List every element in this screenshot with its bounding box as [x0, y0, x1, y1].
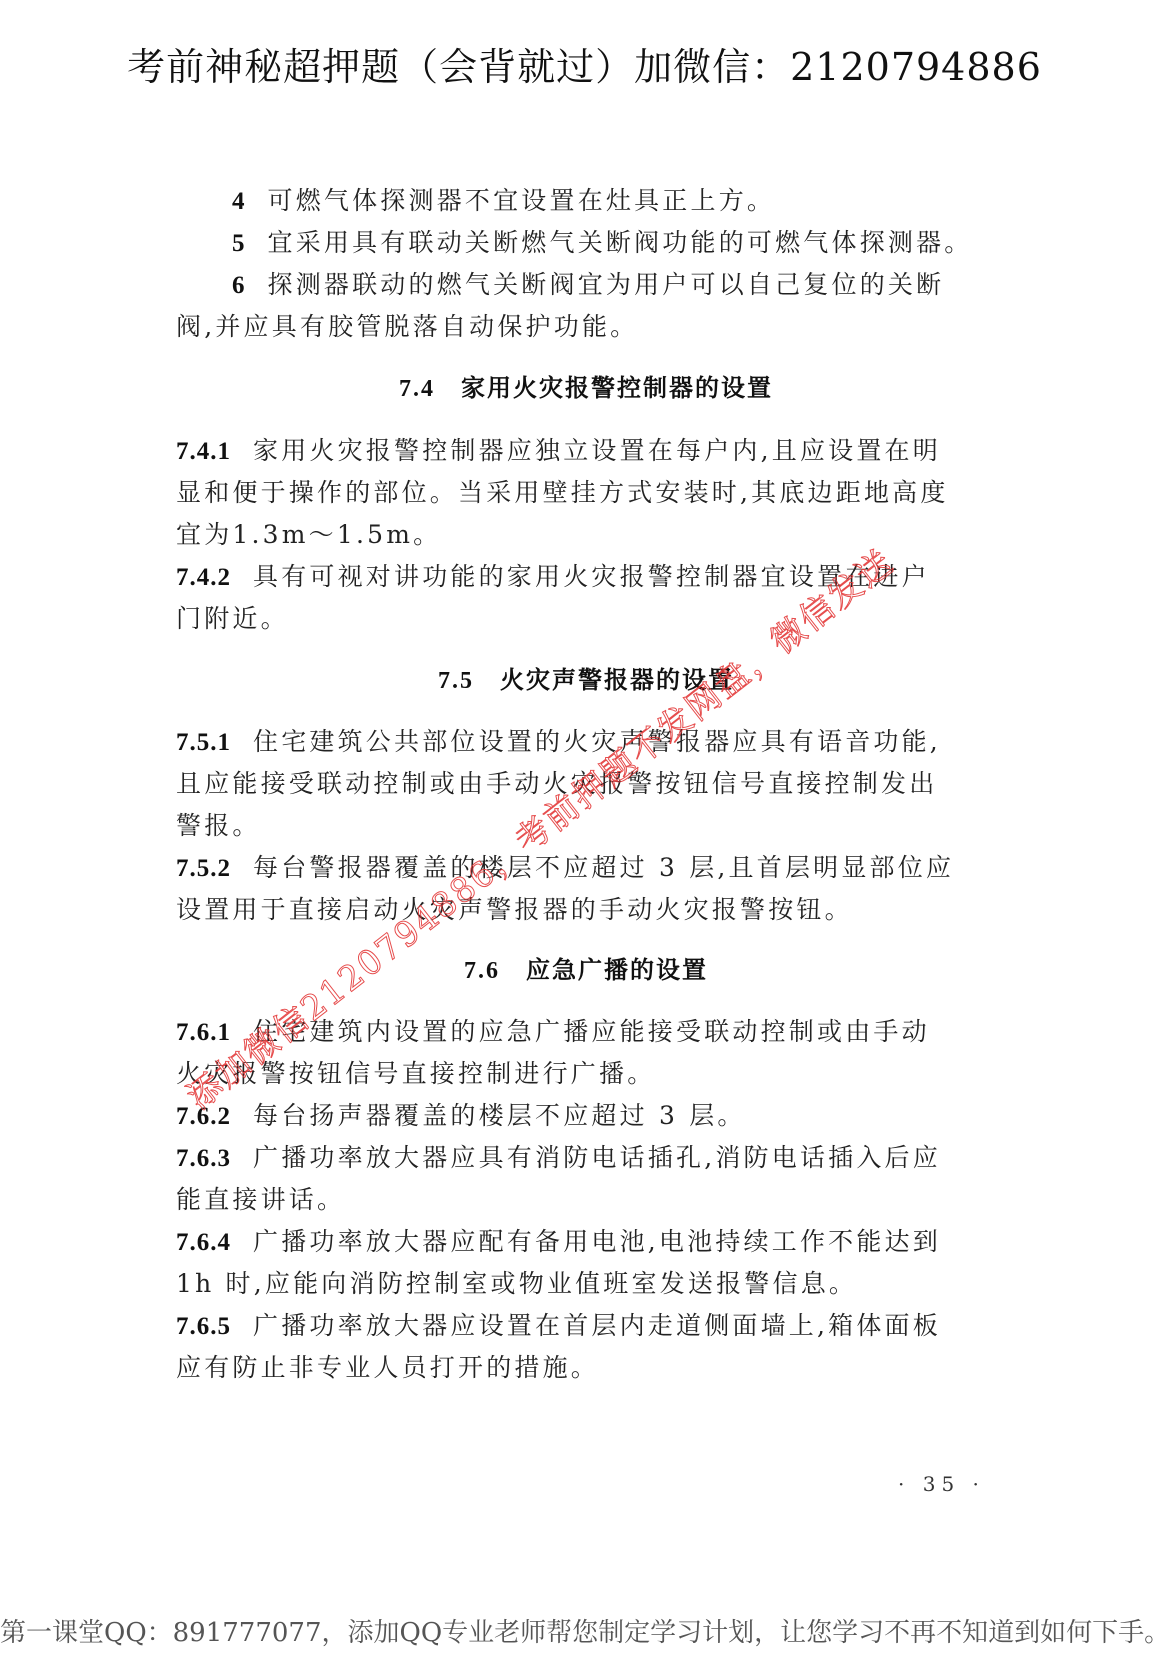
section-title: 应急广播的设置: [526, 956, 708, 984]
clause-number: 7.4.1: [176, 438, 231, 465]
clause-line: 应有防止非专业人员打开的措施。: [176, 1348, 599, 1384]
section-heading-7-5: 7.5火灾声警报器的设置: [176, 660, 996, 695]
clause-text: 家用火灾报警控制器应独立设置在每户内,且应设置在明: [253, 436, 941, 465]
footer-banner: 第一课堂QQ：891777077，添加QQ专业老师帮您制定学习计划，让您学习不再…: [0, 1612, 1169, 1649]
clause-line: 能直接讲话。: [176, 1180, 345, 1216]
item-number: 4: [232, 188, 246, 215]
header-banner: 考前神秘超押题（会背就过）加微信：2120794886: [0, 36, 1169, 91]
section-number: 7.4: [399, 376, 435, 402]
clause-7-4-1: 7.4.1家用火灾报警控制器应独立设置在每户内,且应设置在明: [176, 431, 941, 467]
list-item: 5宜采用具有联动关断燃气关断阀功能的可燃气体探测器。: [232, 223, 973, 259]
clause-line: 1h 时,应能向消防控制室或物业值班室发送报警信息。: [176, 1264, 857, 1300]
clause-text: 广播功率放大器应设置在首层内走道侧面墙上,箱体面板: [253, 1311, 941, 1340]
clause-7-6-5: 7.6.5广播功率放大器应设置在首层内走道侧面墙上,箱体面板: [176, 1306, 941, 1342]
clause-7-5-1: 7.5.1住宅建筑公共部位设置的火灾声警报器应具有语音功能,: [176, 722, 941, 758]
clause-number: 7.6.4: [176, 1229, 231, 1256]
page-number: · 35 ·: [898, 1472, 985, 1496]
clause-number: 7.6.5: [176, 1313, 231, 1340]
clause-line: 宜为1.3m～1.5m。: [176, 515, 441, 551]
item-text: 宜采用具有联动关断燃气关断阀功能的可燃气体探测器。: [268, 228, 973, 257]
clause-text: 住宅建筑内设置的应急广播应能接受联动控制或由手动: [253, 1017, 930, 1046]
section-number: 7.5: [438, 668, 474, 694]
section-heading-7-6: 7.6应急广播的设置: [176, 950, 996, 985]
clause-line: 设置用于直接启动火灾声警报器的手动火灾报警按钮。: [176, 890, 853, 926]
item-number: 6: [232, 272, 246, 299]
section-title: 家用火灾报警控制器的设置: [461, 374, 773, 402]
list-item: 6探测器联动的燃气关断阀宜为用户可以自己复位的关断: [232, 265, 944, 301]
clause-7-6-3: 7.6.3广播功率放大器应具有消防电话插孔,消防电话插入后应: [176, 1138, 941, 1174]
clause-7-5-2: 7.5.2每台警报器覆盖的楼层不应超过 3 层,且首层明显部位应: [176, 848, 954, 884]
clause-line: 门附近。: [176, 599, 289, 635]
list-item-continuation: 阀,并应具有胶管脱落自动保护功能。: [176, 307, 638, 343]
clause-text: 广播功率放大器应具有消防电话插孔,消防电话插入后应: [253, 1143, 941, 1172]
clause-text: 每台扬声器覆盖的楼层不应超过 3 层。: [253, 1101, 746, 1130]
clause-number: 7.6.3: [176, 1145, 231, 1172]
list-item: 4可燃气体探测器不宜设置在灶具正上方。: [232, 181, 775, 217]
section-number: 7.6: [464, 958, 500, 984]
clause-line: 显和便于操作的部位。当采用壁挂方式安装时,其底边距地高度: [176, 473, 949, 509]
item-text: 可燃气体探测器不宜设置在灶具正上方。: [268, 186, 776, 215]
clause-number: 7.4.2: [176, 564, 231, 591]
section-heading-7-4: 7.4家用火灾报警控制器的设置: [176, 368, 996, 403]
clause-number: 7.5.1: [176, 729, 231, 756]
clause-number: 7.5.2: [176, 855, 231, 882]
clause-text: 每台警报器覆盖的楼层不应超过 3 层,且首层明显部位应: [253, 853, 954, 882]
clause-text: 广播功率放大器应配有备用电池,电池持续工作不能达到: [253, 1227, 941, 1256]
item-number: 5: [232, 230, 246, 257]
clause-line: 警报。: [176, 806, 261, 842]
item-text: 探测器联动的燃气关断阀宜为用户可以自己复位的关断: [268, 270, 945, 299]
clause-7-6-2: 7.6.2每台扬声器覆盖的楼层不应超过 3 层。: [176, 1096, 746, 1132]
clause-7-6-4: 7.6.4广播功率放大器应配有备用电池,电池持续工作不能达到: [176, 1222, 941, 1258]
